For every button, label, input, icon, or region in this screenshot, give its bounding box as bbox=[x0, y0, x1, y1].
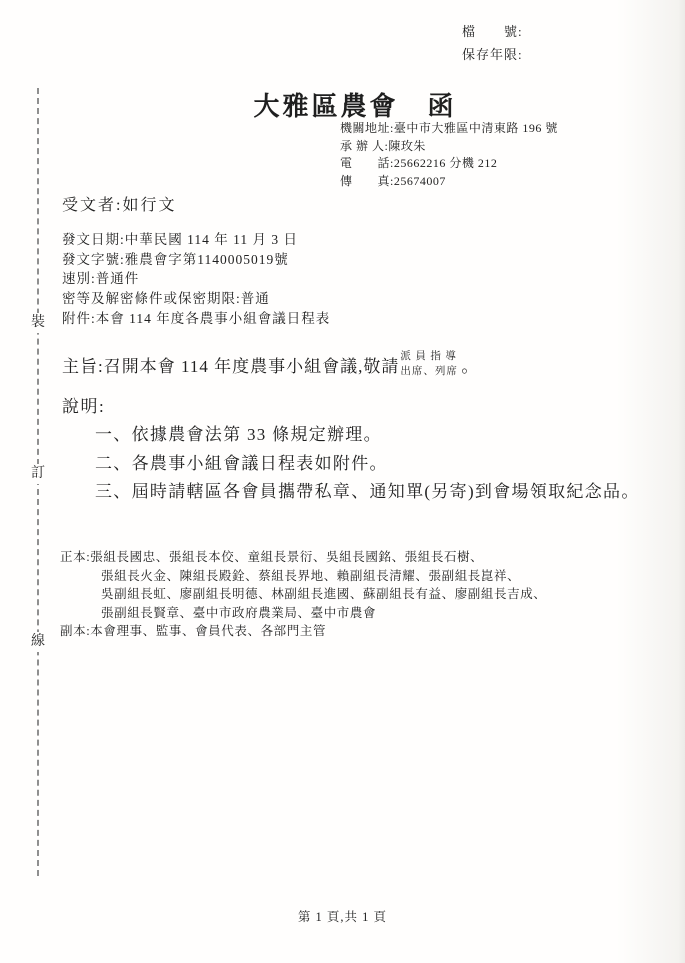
priority-line: 速別:普通件 bbox=[62, 269, 330, 289]
cc-copy-text: 本會理事、監事、會員代表、各部門主管 bbox=[90, 622, 326, 641]
scanned-official-letter: { "document": { "file_number_label": "檔 … bbox=[0, 0, 685, 963]
doc-number-line: 發文字號:雅農會字第1140005019號 bbox=[62, 250, 330, 270]
file-number-label: 檔 號: bbox=[462, 20, 523, 43]
contact-person-line: 承 辦 人:陳玫朱 bbox=[340, 138, 558, 156]
primary-copy-row: 正本: 張組長國忠、張組長本佼、童組長景衍、吳組長國銘、張組長石樹、 bbox=[60, 548, 546, 567]
agency-contact-block: 機關地址:臺中市大雅區中清東路 196 號 承 辦 人:陳玫朱 電 話:2566… bbox=[340, 120, 558, 190]
explanation-item-2: 二、各農事小組會議日程表如附件。 bbox=[95, 450, 655, 479]
cc-copy-label: 副本: bbox=[60, 622, 90, 641]
copies-block: 正本: 張組長國忠、張組長本佼、童組長景衍、吳組長國銘、張組長石樹、 張組長火金… bbox=[60, 548, 546, 641]
subject-stacked-note: 派員指導 出席、列席 bbox=[400, 349, 460, 379]
binding-mark-zhuang: 裝 bbox=[31, 313, 45, 333]
binding-mark-ding: 訂 bbox=[31, 464, 45, 484]
subject-tail-punctuation: 。 bbox=[461, 352, 479, 377]
primary-copy-line-3: 吳副組長虹、廖副組長明德、林副組長進國、蘇副組長有益、廖副組長吉成、 bbox=[60, 585, 546, 604]
security-line: 密等及解密條件或保密期限:普通 bbox=[62, 289, 330, 309]
issue-date-line: 發文日期:中華民國 114 年 11 月 3 日 bbox=[62, 230, 330, 250]
binding-edge: 裝 訂 線 bbox=[31, 88, 45, 876]
explanation-list: 一、依據農會法第 33 條規定辦理。 二、各農事小組會議日程表如附件。 三、屆時… bbox=[95, 421, 655, 507]
subject-lead-text: 主旨:召開本會 114 年度農事小組會議,敬請 bbox=[62, 352, 399, 377]
meta-block: 發文日期:中華民國 114 年 11 月 3 日 發文字號:雅農會字第11400… bbox=[62, 230, 330, 329]
file-number-block: 檔 號: 保存年限: bbox=[462, 20, 523, 66]
binding-mark-xian: 線 bbox=[31, 632, 45, 652]
recipient-line: 受文者:如行文 bbox=[62, 192, 176, 215]
primary-copy-label: 正本: bbox=[60, 548, 90, 567]
primary-copy-line-1: 張組長國忠、張組長本佼、童組長景衍、吳組長國銘、張組長石樹、 bbox=[90, 548, 483, 567]
page-footer: 第 1 頁,共 1 頁 bbox=[0, 907, 685, 925]
retention-period-label: 保存年限: bbox=[462, 43, 523, 66]
stacked-note-top: 派員指導 bbox=[400, 349, 460, 364]
explanation-item-1: 一、依據農會法第 33 條規定辦理。 bbox=[95, 421, 655, 450]
fax-line: 傳 真:25674007 bbox=[340, 173, 558, 191]
agency-address-line: 機關地址:臺中市大雅區中清東路 196 號 bbox=[340, 120, 558, 138]
explanation-heading: 說明: bbox=[62, 392, 105, 417]
subject-line: 主旨:召開本會 114 年度農事小組會議,敬請 派員指導 出席、列席 。 bbox=[62, 349, 479, 379]
primary-copy-line-4: 張副組長賢章、臺中市政府農業局、臺中市農會 bbox=[60, 604, 546, 623]
phone-line: 電 話:25662216 分機 212 bbox=[340, 155, 558, 173]
attachment-line: 附件:本會 114 年度各農事小組會議日程表 bbox=[62, 309, 330, 329]
explanation-item-3: 三、屆時請轄區各會員攜帶私章、通知單(另寄)到會場領取紀念品。 bbox=[95, 478, 655, 507]
primary-copy-line-2: 張組長火金、陳組長殿銓、蔡組長界地、賴副組長清耀、張副組長崑祥、 bbox=[60, 567, 546, 586]
stacked-note-bottom: 出席、列席 bbox=[400, 364, 460, 379]
document-title: 大雅區農會 函 bbox=[0, 86, 685, 123]
cc-copy-row: 副本: 本會理事、監事、會員代表、各部門主管 bbox=[60, 622, 546, 641]
